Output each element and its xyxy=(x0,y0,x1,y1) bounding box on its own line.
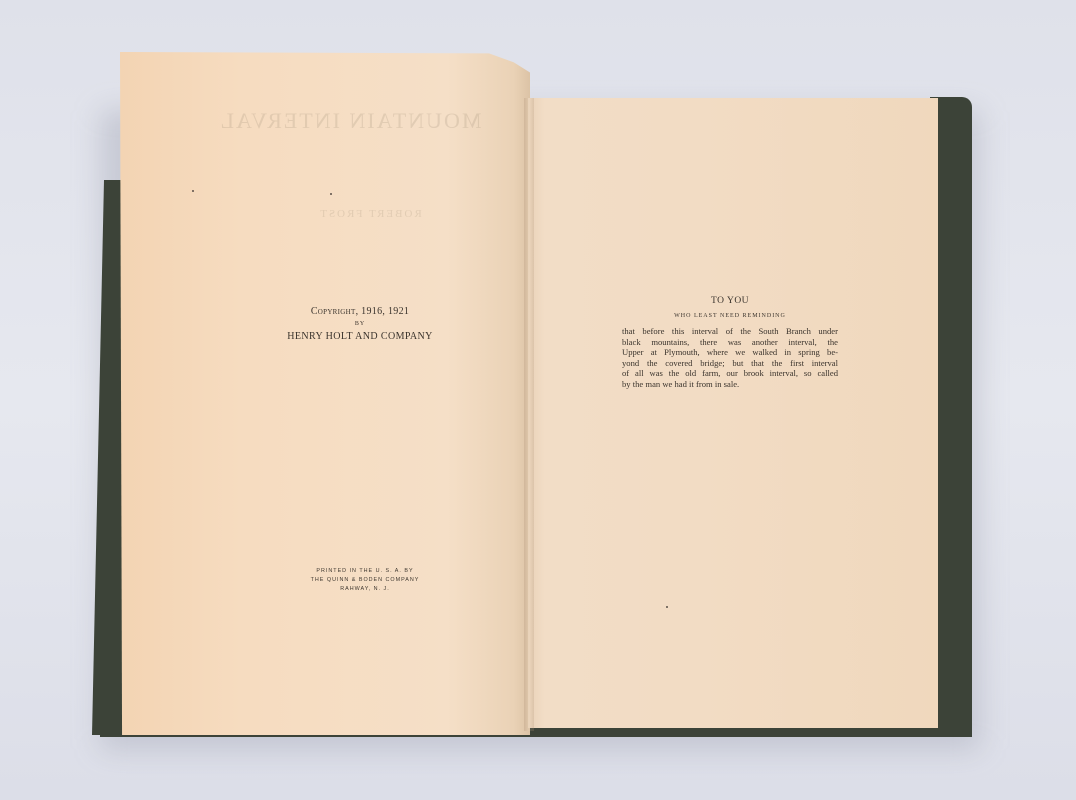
printer-imprint: PRINTED IN THE U. S. A. BY THE QUINN & B… xyxy=(290,567,440,594)
dedication-block: TO YOU WHO LEAST NEED REMINDING that bef… xyxy=(622,296,838,390)
printer-line-2: THE QUINN & BODEN COMPANY xyxy=(290,576,440,585)
book-cover-left-edge xyxy=(92,180,122,735)
bleed-through-author: ROBERT FROST xyxy=(280,208,460,220)
dedication-line: yond the covered bridge; but that the fi… xyxy=(622,358,838,369)
copyright-years: Copyright, 1916, 1921 xyxy=(270,306,450,317)
dedication-line: Upper at Plymouth, where we walked in sp… xyxy=(622,347,838,358)
printer-line-1: PRINTED IN THE U. S. A. BY xyxy=(290,567,440,576)
bleed-through-title: MOUNTAIN INTERVAL xyxy=(200,108,500,134)
copyright-block: Copyright, 1916, 1921 BY HENRY HOLT AND … xyxy=(270,306,450,342)
photo-scene: MOUNTAIN INTERVAL ROBERT FROST Copyright… xyxy=(0,0,1076,800)
dedication-line: of all was the old farm, our brook inter… xyxy=(622,368,838,379)
left-page xyxy=(120,52,530,735)
book-gutter xyxy=(524,98,534,731)
dedication-body: that before this interval of the South B… xyxy=(622,326,838,390)
right-page xyxy=(528,98,938,728)
dedication-subtitle: WHO LEAST NEED REMINDING xyxy=(622,313,838,319)
printer-line-3: RAHWAY, N. J. xyxy=(290,585,440,594)
paper-speck xyxy=(666,606,668,608)
dedication-title: TO YOU xyxy=(622,296,838,306)
dedication-line: black mountains, there was another inter… xyxy=(622,337,838,348)
dedication-line: by the man we had it from in sale. xyxy=(622,379,838,390)
publisher-name: HENRY HOLT AND COMPANY xyxy=(270,331,450,342)
paper-speck xyxy=(192,190,194,192)
dedication-line: that before this interval of the South B… xyxy=(622,326,838,337)
paper-speck xyxy=(330,193,332,195)
copyright-by: BY xyxy=(270,321,450,327)
